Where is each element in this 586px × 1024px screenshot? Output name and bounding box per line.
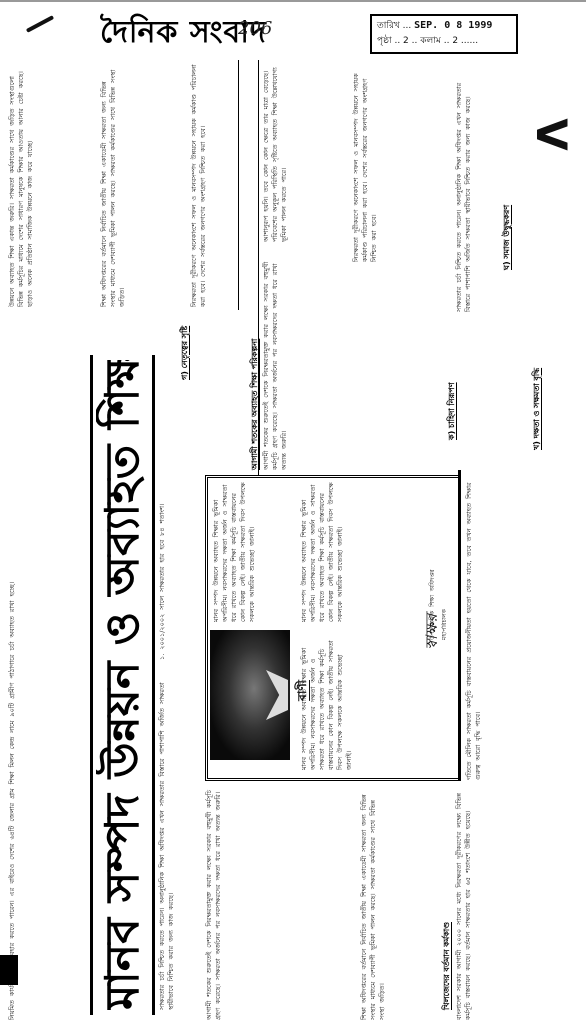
article-column: গতিতে মৌলিক সাক্ষরতা কর্মসূচি বাস্তবায়ন… [465,480,575,780]
column-rule [458,470,461,780]
stamp-page-value: 2 [403,36,409,46]
quote-text: মানব সম্পদ উন্নয়নে অব্যাহত শিক্ষার ভূমি… [300,640,410,770]
scan-top-edge [0,0,586,2]
section-heading: খ) দক্ষতা ও সক্ষমতা বৃদ্ধি [530,330,543,450]
section-heading: ঘ) সমাজ উদ্বুদ্ধকরণ [500,150,513,270]
margin-check-mark: V [527,118,576,151]
portrait-photo [210,630,290,760]
ink-smudge [26,15,54,33]
section-heading: ক) চাহিদা নিরূপণ [445,320,458,440]
article-column: সাক্ষরতার চর্চা নিশ্চিত করতে পারেন। অনান… [455,62,525,312]
scan-edge-mark [0,955,18,985]
signer-org: উপানুষ্ঠানিক শিক্ষা অধিদপ্তর [428,520,438,640]
article-column: নিরক্ষরতা দূরীকরণে অনেকাংশে সফল ও মানবসম… [352,62,442,262]
quote-text: মানব সম্পদ উন্নয়নে অব্যাহত শিক্ষার ভূমি… [300,482,410,622]
article-column: আশানুরূপ হয়নি। তবে কোন কোন ক্ষেত্রে তার… [262,62,347,242]
article-column: নিয়মিত কার্যকরভাবে ব্যবহার করতে পারেন। … [8,360,86,1020]
article-column: আগামী শতকের শুরুতেই দেশকে নিরক্ষরতামুক্ত… [262,250,347,470]
article-column: সাক্ষরতার চর্চা নিশ্চিত করতে পারেন। অনান… [158,670,198,1010]
article-column: নিরক্ষরতা দূরীকরণে অনেকাংশে সফল ও মানবসম… [190,62,235,307]
stamp-date-label: তারিখ [377,21,400,31]
stamp-date-value: SEP. 0 8 1999 [414,20,492,31]
handwritten-number: 206 [238,18,272,39]
signer-name: মহাপরিচালক [440,540,452,640]
headline-rule [90,355,93,1015]
photo-collar [266,670,288,720]
stamp-page-label: পৃষ্ঠা [377,36,392,46]
numbered-points: ১. ২০০১/২০০২ সালে সাক্ষরতার হার হবে ৮৪ শ… [158,360,198,660]
stamp-column-label: কলাম [420,36,441,46]
article-headline: মানব সম্পদ উন্নয়ন ও অব্যাহত শিক্ষা [96,360,148,1010]
headline-rule [152,355,155,1015]
stamp-page-row: পৃষ্ঠা .. 2 .. কলাম .. 2 ...... [377,34,511,49]
column-rule [238,60,239,310]
article-column: বাংলাদেশ সরকার আগামী ২০০০ সালের মধ্যে নি… [455,785,580,1020]
author-heading: খিলজেদের বর্তমান কর্মকাণ্ড [440,870,453,1010]
stamp-date-row: তারিখ ... SEP. 0 8 1999 [377,18,511,34]
date-stamp: তারিখ ... SEP. 0 8 1999 পৃষ্ঠা .. 2 .. ক… [370,14,518,54]
quote-text: মানব সম্পদ উন্নয়নে অব্যাহত শিক্ষার ভূমি… [212,482,282,622]
article-column: উন্নয়নে অব্যাহত শিক্ষা একান্ত জরুরি। সা… [8,62,93,307]
article-column: আগামী শতকের শুরুতেই দেশকে নিরক্ষরতামুক্ত… [205,785,355,1020]
article-column: শিক্ষা অধিদপ্তরের বর্তমানে নির্বাচিত জাত… [360,785,435,1020]
subheading: আগামী শতকের অব্যাহত শিক্ষা পরিকল্পনা [248,300,261,470]
stamp-column-value: 2 [452,36,458,46]
article-column: শিক্ষা অধিদপ্তরের বর্তমানে নির্বাচিত জাত… [100,62,175,307]
